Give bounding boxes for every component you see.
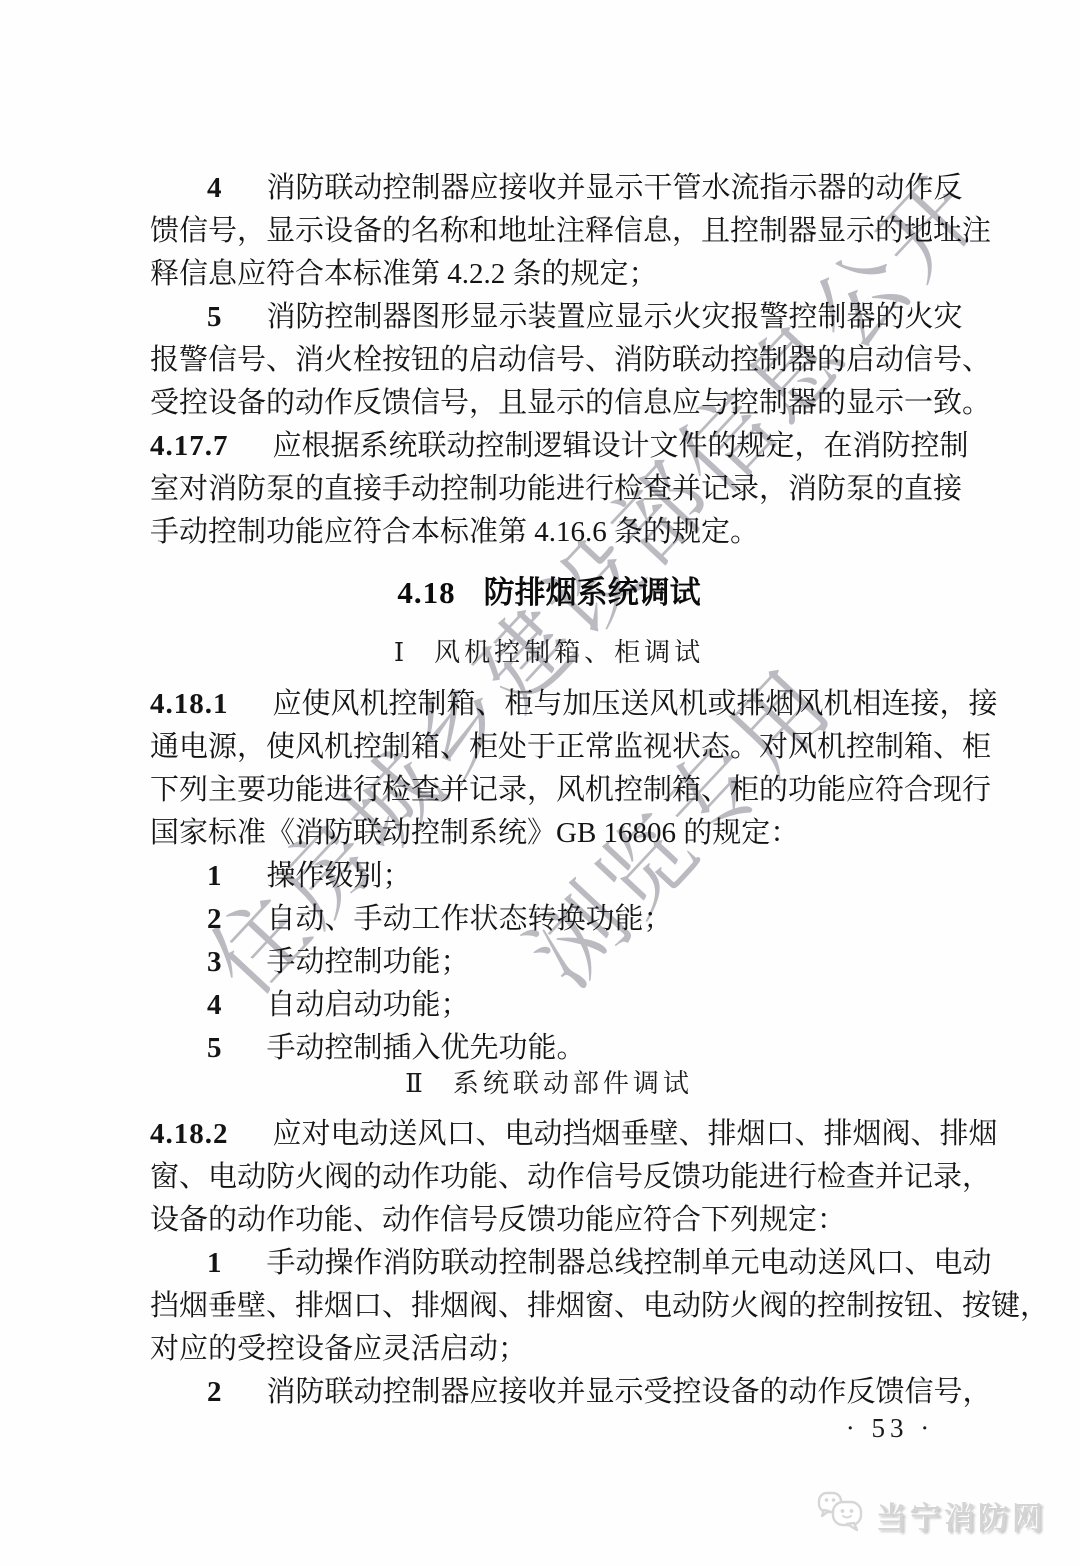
item-number: 3 [207,946,223,978]
line-text: 应根据系统联动控制逻辑设计文件的规定，在消防控制 [273,430,969,462]
line-text: 下列主要功能进行检查并记录，风机控制箱、柜的功能应符合现行 [150,774,991,806]
line-text: 挡烟垂壁、排烟口、排烟阀、排烟窗、电动防火阀的控制按钮、按键， [150,1290,1049,1322]
text-line: 窗、电动防火阀的动作功能、动作信号反馈功能进行检查并记录， [150,1156,948,1199]
line-text: 自动、手动工作状态转换功能； [267,903,673,935]
section-number: 4.18 [397,575,455,610]
text-line: 挡烟垂壁、排烟口、排烟阀、排烟窗、电动防火阀的控制按钮、按键， [150,1285,948,1328]
line-text: 通电源，使风机控制箱、柜处于正常监视状态。对风机控制箱、柜 [150,731,991,763]
line-number: 5 [207,301,223,333]
line-text: 应对电动送风口、电动挡烟垂壁、排烟口、排烟阀、排烟 [273,1118,998,1150]
line-text: 操作级别； [267,860,412,892]
line-text: 手动控制功能； [267,946,470,978]
text-line: 4.18.2应对电动送风口、电动挡烟垂壁、排烟口、排烟阀、排烟 [150,1113,948,1156]
text-line: 4消防联动控制器应接收并显示干管水流指示器的动作反 [150,167,948,210]
text-line: 下列主要功能进行检查并记录，风机控制箱、柜的功能应符合现行 [150,769,948,812]
item-number: 1 [207,1247,223,1279]
item-number: 2 [207,903,223,935]
subsection-1-label: Ⅰ风机控制箱、柜调试 [150,633,948,673]
line-text: 手动控制插入优先功能。 [267,1032,586,1064]
line-text: 受控设备的动作反馈信号，且显示的信息应与控制器的显示一致。 [150,387,991,419]
text-line: 受控设备的动作反馈信号，且显示的信息应与控制器的显示一致。 [150,382,948,425]
item-number: 5 [207,1032,223,1064]
line-text: 消防控制器图形显示装置应显示火灾报警控制器的火灾 [267,301,963,333]
line-text: 释信息应符合本标准第 4.2.2 条的规定； [150,258,658,290]
subsection-1-title: 风机控制箱、柜调试 [434,638,704,667]
line-text: 对应的受控设备应灵活启动； [150,1333,527,1365]
list-item: 1操作级别； [150,855,948,898]
line-text: 应使风机控制箱、柜与加压送风机或排烟风机相连接，接 [273,688,998,720]
text-line: 报警信号、消火栓按钮的启动信号、消防联动控制器的启动信号、 [150,339,948,382]
subsection-2-title: 系统联动部件调试 [453,1069,693,1098]
line-text: 消防联动控制器应接收并显示干管水流指示器的动作反 [267,172,963,204]
section-title: 防排烟系统调试 [484,575,701,610]
subsection-2-label: Ⅱ系统联动部件调试 [150,1064,948,1104]
text-line: 室对消防泵的直接手动控制功能进行检查并记录，消防泵的直接 [150,468,948,511]
text-line: 通电源，使风机控制箱、柜处于正常监视状态。对风机控制箱、柜 [150,726,948,769]
text-line: 5消防控制器图形显示装置应显示火灾报警控制器的火灾 [150,296,948,339]
clause-number: 4.17.7 [150,430,229,462]
line-text: 报警信号、消火栓按钮的启动信号、消防联动控制器的启动信号、 [150,344,991,376]
text-line: 4.17.7应根据系统联动控制逻辑设计文件的规定，在消防控制 [150,425,948,468]
document-page: 住房城乡建设部信息公开 浏览专用 4消防联动控制器应接收并显示干管水流指示器的动… [0,0,1080,1566]
line-text: 室对消防泵的直接手动控制功能进行检查并记录，消防泵的直接 [150,473,962,505]
line-text: 国家标准《消防联动控制系统》GB 16806 的规定： [150,817,799,849]
list-item: 2自动、手动工作状态转换功能； [150,898,948,941]
clause-number: 4.18.2 [150,1118,229,1150]
text-line: 国家标准《消防联动控制系统》GB 16806 的规定： [150,812,948,855]
line-text: 手动控制功能应符合本标准第 4.16.6 条的规定。 [150,516,759,548]
item-number: 1 [207,860,223,892]
line-text: 设备的动作功能、动作信号反馈功能应符合下列规定： [150,1204,846,1236]
text-line: 释信息应符合本标准第 4.2.2 条的规定； [150,253,948,296]
text-line: 对应的受控设备应灵活启动； [150,1328,948,1371]
line-text: 窗、电动防火阀的动作功能、动作信号反馈功能进行检查并记录， [150,1161,991,1193]
site-logo: 当宁消防网 [816,1490,1046,1540]
list-item: 4自动启动功能； [150,984,948,1027]
line-text: 馈信号，显示设备的名称和地址注释信息，且控制器显示的地址注 [150,215,991,247]
text-line: 手动控制功能应符合本标准第 4.16.6 条的规定。 [150,511,948,554]
line-number: 4 [207,172,223,204]
item-number: 2 [207,1376,223,1408]
text-line: 4.18.1应使风机控制箱、柜与加压送风机或排烟风机相连接，接 [150,683,948,726]
wechat-icon [816,1489,868,1542]
section-heading: 4.18防排烟系统调试 [150,571,948,614]
text-line: 馈信号，显示设备的名称和地址注释信息，且控制器显示的地址注 [150,210,948,253]
line-text: 手动操作消防联动控制器总线控制单元电动送风口、电动 [267,1247,992,1279]
text-line: 设备的动作功能、动作信号反馈功能应符合下列规定： [150,1199,948,1242]
roman-numeral-2: Ⅱ [405,1069,423,1098]
logo-text: 当宁消防网 [876,1493,1046,1538]
list-item: 1手动操作消防联动控制器总线控制单元电动送风口、电动 [150,1242,948,1285]
roman-numeral-1: Ⅰ [394,638,404,667]
line-text: 自动启动功能； [267,989,470,1021]
item-number: 4 [207,989,223,1021]
list-item: 3手动控制功能； [150,941,948,984]
page-number: · 53 · [760,1408,1020,1448]
clause-number: 4.18.1 [150,688,229,720]
line-text: 消防联动控制器应接收并显示受控设备的动作反馈信号， [267,1376,992,1408]
